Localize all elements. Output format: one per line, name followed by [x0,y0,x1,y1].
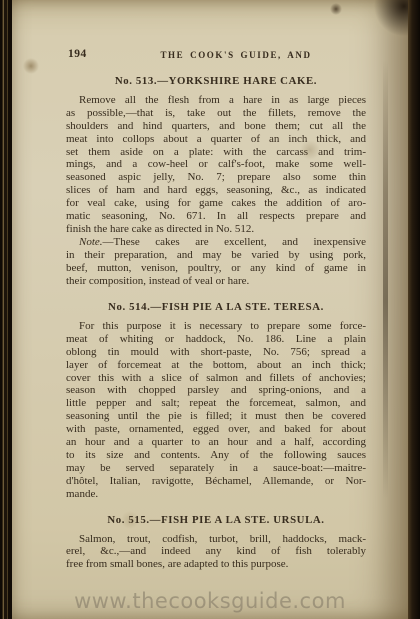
text-line: an hour and a quarter to an hour and a h… [66,436,366,449]
recipe-513-note: Note.—These cakes are excellent, and ine… [66,236,366,288]
text-line: meat of whiting or haddock, No. 186. Lin… [66,333,366,346]
text-line: season with chopped parsley and spring-o… [66,384,366,397]
running-head: 194 THE COOK'S GUIDE, AND [66,48,366,62]
text-line: Salmon, trout, codfish, turbot, brill, h… [66,533,366,546]
text-line: cover this with a slice of salmon and fi… [66,372,366,385]
book-photo: 194 THE COOK'S GUIDE, AND No. 513.—YORKS… [0,0,420,619]
recipe-514-heading: No. 514.—FISH PIE A LA STE. TERESA. [66,301,366,314]
text-line: seasoned aspic jelly, No. 7; prepare als… [66,171,366,184]
text-line: slices of ham and hard eggs, seasoning, … [66,184,366,197]
note-continuation: in their preparation, and may be varied … [66,249,366,288]
text-line: for veal cake, using for game cakes the … [66,197,366,210]
book-right-edge [408,0,420,619]
page-content: 194 THE COOK'S GUIDE, AND No. 513.—YORKS… [66,48,366,572]
recipe-515-heading: No. 515.—FISH PIE A LA STE. URSULA. [66,514,366,527]
recipe-513-body: Remove all the flesh from a hare in as l… [66,94,366,236]
text-line: in their preparation, and may be varied … [66,249,366,262]
text-line: set them aside on a plate: with the carc… [66,146,366,159]
text-line: may be served separately in a sauce-boat… [66,462,366,475]
text-line: their composition, instead of veal or ha… [66,275,366,288]
text-line: mande. [66,488,366,501]
text-line: For this purpose it is necessary to prep… [66,320,366,333]
running-title: THE COOK'S GUIDE, AND [106,49,366,62]
text-line: free from small bones, are adapted to th… [66,558,366,571]
text-line: layer of forcemeat at the bottom, about … [66,359,366,372]
text-line: as possible,—that is, take out the fille… [66,107,366,120]
text-line: erel, &c.,—and indeed any kind of fish t… [66,545,366,558]
text-line: finish the hare cake as directed in No. … [66,223,366,236]
text-line: shoulders and hind quarters, and bone th… [66,120,366,133]
text-line: Remove all the flesh from a hare in as l… [66,94,366,107]
text-line: matic seasoning, No. 671. In all respect… [66,210,366,223]
note-first-rest: —These cakes are excellent, and inexpens… [103,236,366,248]
text-line: to its size and contents. Any of the fol… [66,449,366,462]
text-line: meat into collops about a quarter of an … [66,133,366,146]
recipe-514-body: For this purpose it is necessary to prep… [66,320,366,501]
note-label: Note. [79,236,103,248]
text-line: beef, mutton, venison, poultry, or any k… [66,262,366,275]
recipe-515-body: Salmon, trout, codfish, turbot, brill, h… [66,533,366,572]
text-line: seasoning until the pie is filled; it mu… [66,410,366,423]
recipe-513-heading: No. 513.—YORKSHIRE HARE CAKE. [66,75,366,88]
note-first-line: Note.—These cakes are excellent, and ine… [66,236,366,249]
text-line: d'hôtel, Italian, ravigotte, Béchamel, A… [66,475,366,488]
text-line: with paste, ornamented, egged over, and … [66,423,366,436]
text-line: little pepper and salt; repeat the force… [66,397,366,410]
text-line: mings, and a cow-heel or calf's-foot, ma… [66,158,366,171]
text-line: oblong tin mould with short-paste, No. 7… [66,346,366,359]
page-number: 194 [68,48,87,61]
